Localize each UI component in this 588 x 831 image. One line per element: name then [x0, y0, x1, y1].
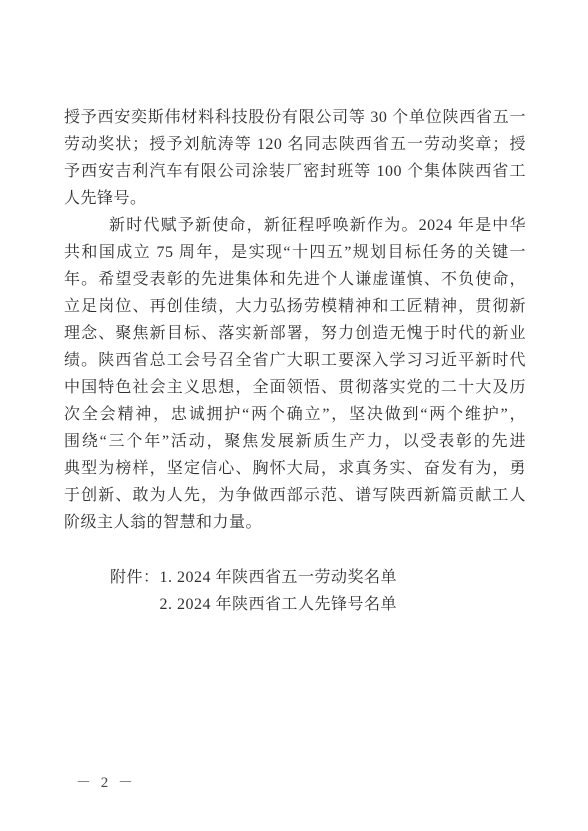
document-body: 授予西安奕斯伟材料科技股份有限公司等 30 个单位陕西省五一劳动奖状；授予刘航涛… — [64, 104, 526, 536]
attachments-list: 1. 2024 年陕西省五一劳动奖名单2. 2024 年陕西省工人先锋号名单 — [160, 564, 398, 618]
text-line: 阶级主人翁的智慧和力量。 — [64, 509, 526, 536]
text-line: 典型为榜样，坚定信心、胸怀大局，求真务实、奋发有为，勇 — [64, 455, 526, 482]
text-line: 授予西安奕斯伟材料科技股份有限公司等 30 个单位陕西省五一 — [64, 104, 526, 131]
text-line: 劳动奖状；授予刘航涛等 120 名同志陕西省五一劳动奖章；授 — [64, 131, 526, 158]
text-line: 围绕“三个年”活动，聚焦发展新质生产力，以受表彰的先进 — [64, 428, 526, 455]
text-line: 新时代赋予新使命，新征程呼唤新作为。2024 年是中华人民 — [64, 212, 526, 239]
text-line: 予西安吉利汽车有限公司涂装厂密封班等 100 个集体陕西省工 — [64, 158, 526, 185]
attachments-block: 附件： 1. 2024 年陕西省五一劳动奖名单2. 2024 年陕西省工人先锋号… — [64, 564, 526, 618]
attachment-item: 2. 2024 年陕西省工人先锋号名单 — [160, 591, 398, 618]
attachments-label: 附件： — [64, 564, 160, 591]
paragraph-awards: 授予西安奕斯伟材料科技股份有限公司等 30 个单位陕西省五一劳动奖状；授予刘航涛… — [64, 104, 526, 212]
document-page: 授予西安奕斯伟材料科技股份有限公司等 30 个单位陕西省五一劳动奖状；授予刘航涛… — [0, 0, 588, 831]
text-line: 共和国成立 75 周年，是实现“十四五”规划目标任务的关键一 — [64, 239, 526, 266]
paragraph-call-to-action: 新时代赋予新使命，新征程呼唤新作为。2024 年是中华人民共和国成立 75 周年… — [64, 212, 526, 536]
text-line: 年。希望受表彰的先进集体和先进个人谦虚谨慎、不负使命， — [64, 266, 526, 293]
text-line: 中国特色社会主义思想，全面领悟、贯彻落实党的二十大及历 — [64, 374, 526, 401]
attachment-item: 1. 2024 年陕西省五一劳动奖名单 — [160, 564, 398, 591]
page-number: － 2 － — [76, 771, 136, 792]
text-line: 人先锋号。 — [64, 185, 526, 212]
text-line: 理念、聚焦新目标、落实新部署，努力创造无愧于时代的新业 — [64, 320, 526, 347]
text-line: 立足岗位、再创佳绩，大力弘扬劳模精神和工匠精神，贯彻新 — [64, 293, 526, 320]
text-line: 绩。陕西省总工会号召全省广大职工要深入学习习近平新时代 — [64, 347, 526, 374]
text-line: 于创新、敢为人先，为争做西部示范、谱写陕西新篇贡献工人 — [64, 482, 526, 509]
text-line: 次全会精神，忠诚拥护“两个确立”，坚决做到“两个维护”， — [64, 401, 526, 428]
